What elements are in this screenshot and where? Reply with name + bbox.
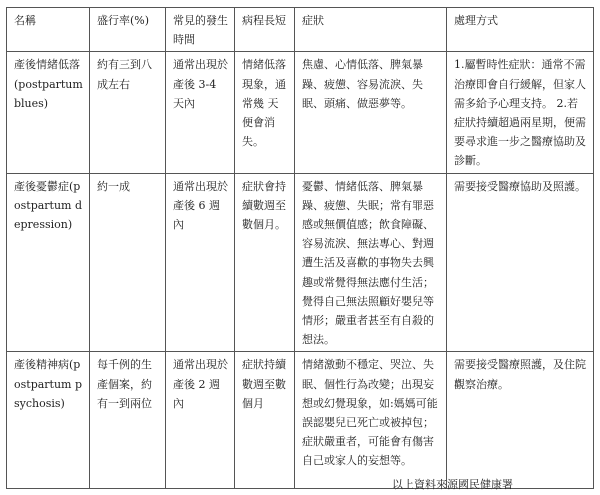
header-onset: 常見的發生時間 bbox=[166, 8, 235, 52]
header-symptoms: 症狀 bbox=[295, 8, 447, 52]
header-name: 名稱 bbox=[7, 8, 90, 52]
table-row: 產後精神病(postpartum psychosis) 每千例的生產個案，約有一… bbox=[7, 352, 594, 489]
table-row: 產後情緒低落(postpartum blues) 約有三到八成左右 通常出現於 … bbox=[7, 52, 594, 173]
source-note: 以上資料來源國民健康署 bbox=[392, 476, 513, 492]
cell-treatment: 需要接受醫療照護，及住院觀察治療。 bbox=[447, 352, 594, 489]
cell-onset: 通常出現於 產後 3-4 天內 bbox=[166, 52, 235, 173]
cell-symptoms: 情緒激動不穩定、哭泣、失眠、個性行為改變；出現妄想或幻覺現象，如:媽媽可能誤認嬰… bbox=[295, 352, 447, 489]
cell-name: 產後憂鬱症(postpartum depression) bbox=[7, 173, 90, 352]
cell-treatment: 1.屬暫時性症狀：通常不需 治療即會自行緩解，但家人需多給予心理支持。 2.若症… bbox=[447, 52, 594, 173]
header-treatment: 處理方式 bbox=[447, 8, 594, 52]
cell-duration: 症狀持續數週至數個月 bbox=[235, 352, 295, 489]
header-prevalence: 盛行率(%) bbox=[90, 8, 166, 52]
cell-symptoms: 焦慮、心情低落、脾氣暴躁、疲憊、容易流淚、失眠、頭痛、做惡夢等。 bbox=[295, 52, 447, 173]
cell-prevalence: 每千例的生產個案，約有一到兩位 bbox=[90, 352, 166, 489]
header-duration: 病程長短 bbox=[235, 8, 295, 52]
cell-symptoms: 憂鬱、情緒低落、脾氣暴躁、疲憊、失眠；常有罪惡感或無價值感；飲食障礙、容易流淚、… bbox=[295, 173, 447, 352]
cell-onset: 通常出現於產後 6 週內 bbox=[166, 173, 235, 352]
table-header-row: 名稱 盛行率(%) 常見的發生時間 病程長短 症狀 處理方式 bbox=[7, 8, 594, 52]
table-row: 產後憂鬱症(postpartum depression) 約一成 通常出現於產後… bbox=[7, 173, 594, 352]
cell-treatment: 需要接受醫療協助及照護。 bbox=[447, 173, 594, 352]
cell-onset: 通常出現於產後 2 週內 bbox=[166, 352, 235, 489]
cell-name: 產後精神病(postpartum psychosis) bbox=[7, 352, 90, 489]
cell-duration: 情緒低落現象，通常幾 天便會消失。 bbox=[235, 52, 295, 173]
cell-duration: 症狀會持續數週至數個月。 bbox=[235, 173, 295, 352]
cell-prevalence: 約有三到八成左右 bbox=[90, 52, 166, 173]
cell-prevalence: 約一成 bbox=[90, 173, 166, 352]
postpartum-disorders-table: 名稱 盛行率(%) 常見的發生時間 病程長短 症狀 處理方式 產後情緒低落(po… bbox=[6, 7, 594, 489]
cell-name: 產後情緒低落(postpartum blues) bbox=[7, 52, 90, 173]
